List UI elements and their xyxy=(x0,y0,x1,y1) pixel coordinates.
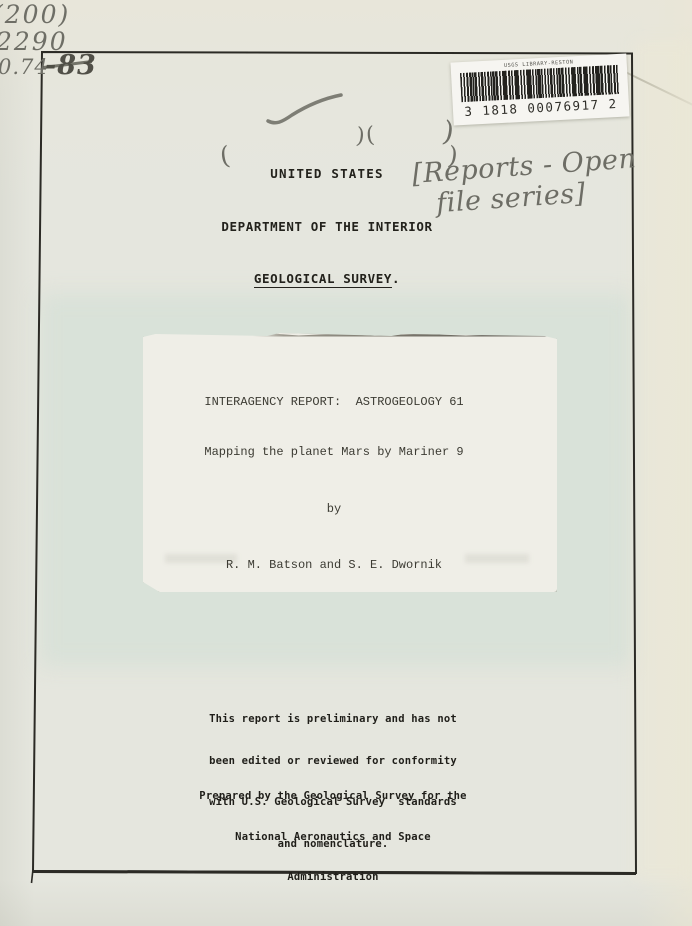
prepared-line: National Aeronautics and Space xyxy=(38,831,628,845)
library-call-number-line3: 0.74 xyxy=(0,55,49,79)
header-geological-survey: GEOLOGICAL SURVEY. xyxy=(33,270,621,288)
library-call-number-line1: (200) xyxy=(0,0,70,29)
report-subtitle: Mapping the planet Mars by Mariner 9 xyxy=(143,445,525,459)
prepared-by-text: Prepared by the Geological Survey for th… xyxy=(38,763,628,912)
pencil-checkmark xyxy=(264,93,346,127)
disclaimer-line: This report is preliminary and has not xyxy=(38,713,628,727)
title-label-text: INTERAGENCY REPORT: ASTROGEOLOGY 61 Mapp… xyxy=(143,333,557,592)
header-department-interior: DEPARTMENT OF THE INTERIOR xyxy=(33,218,621,236)
prepared-line: Prepared by the Geological Survey for th… xyxy=(38,790,628,804)
prepared-line: Administration xyxy=(38,871,628,885)
header-period: . xyxy=(392,271,400,286)
authors: R. M. Batson and S. E. Dwornik xyxy=(143,558,525,572)
report-title: INTERAGENCY REPORT: ASTROGEOLOGY 61 xyxy=(143,361,525,409)
pasted-title-label: INTERAGENCY REPORT: ASTROGEOLOGY 61 Mapp… xyxy=(143,333,557,592)
header-survey-underlined: GEOLOGICAL SURVEY xyxy=(254,271,392,288)
byline: by xyxy=(143,502,525,516)
scanned-cover-page: (200) 2290 0.74 -83 USGS LIBRARY-RESTON … xyxy=(0,0,692,926)
library-barcode-label: USGS LIBRARY-RESTON 3 1818 00076917 2 xyxy=(450,53,629,125)
